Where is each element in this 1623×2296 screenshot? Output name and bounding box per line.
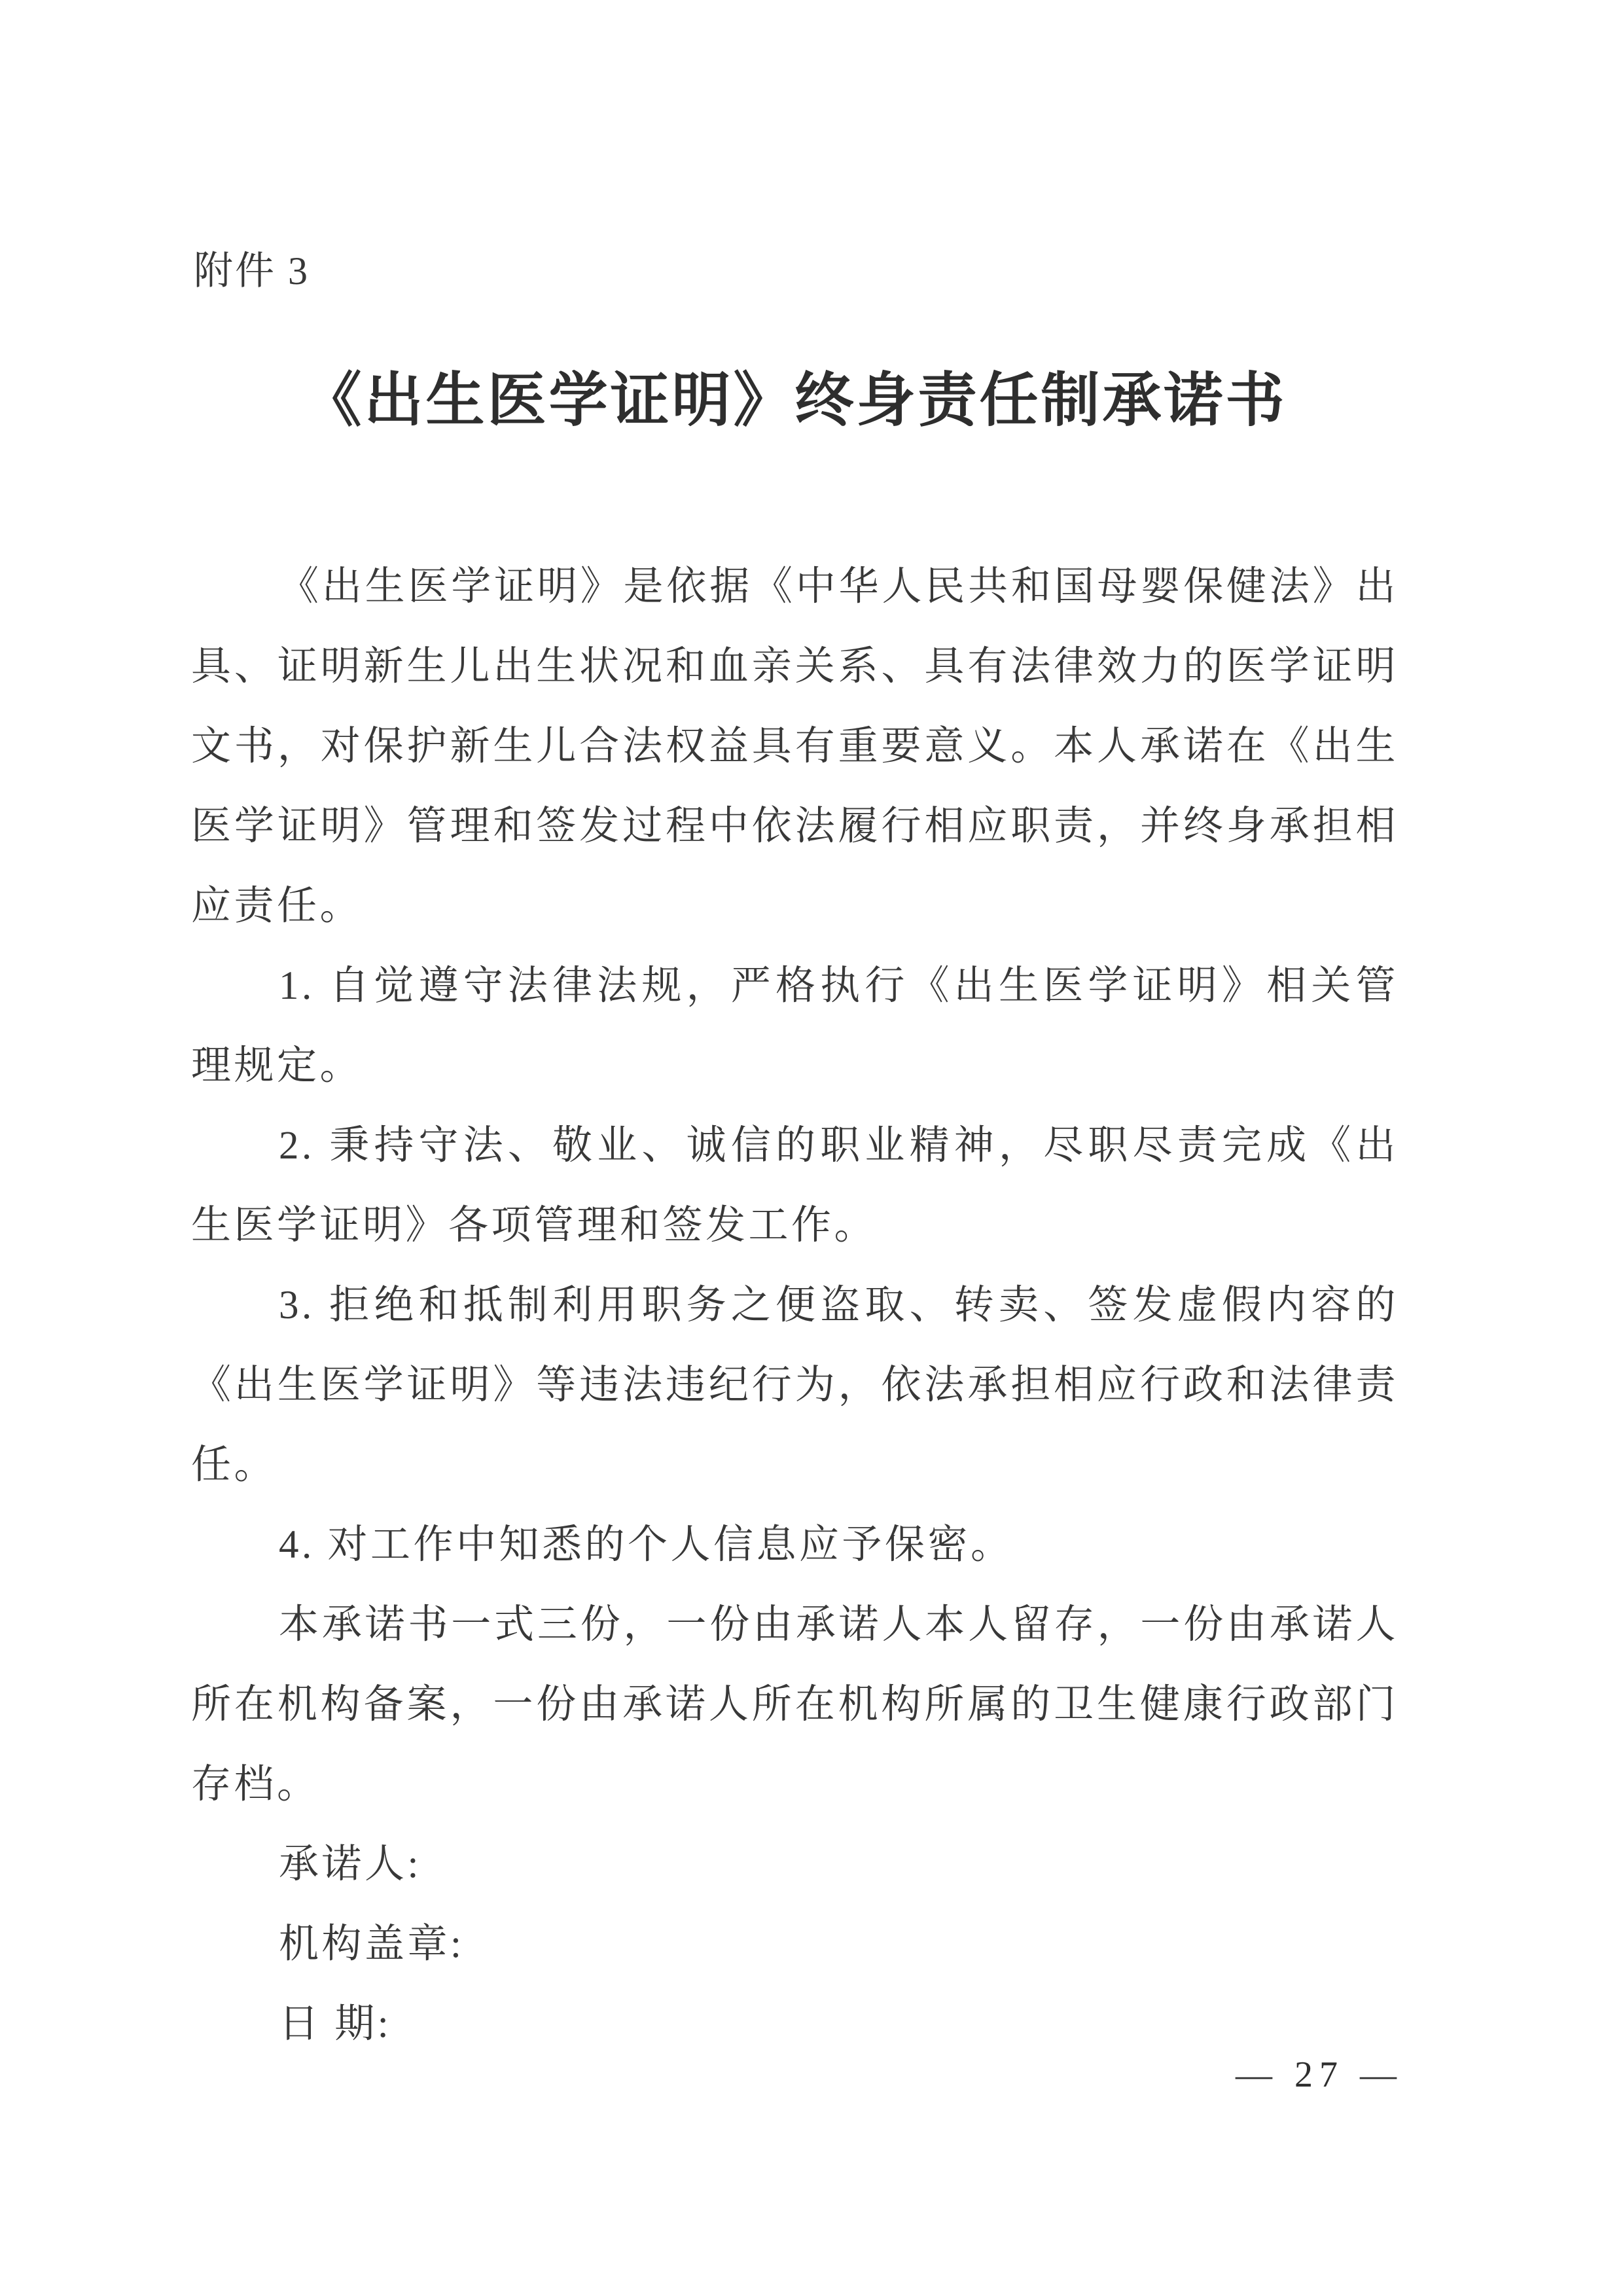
paragraph-item-1: 1. 自觉遵守法律法规，严格执行《出生医学证明》相关管理规定。 — [191, 946, 1399, 1106]
paragraph-item-3: 3. 拒绝和抵制利用职务之便盗取、转卖、签发虚假内容的《出生医学证明》等违法违纪… — [191, 1266, 1399, 1505]
document-page: 附件 3 《出生医学证明》终身责任制承诺书 《出生医学证明》是依据《中华人民共和… — [0, 0, 1623, 2296]
signature-line-date: 日 期: — [191, 1984, 1399, 2064]
signature-line-promisor: 承诺人: — [191, 1825, 1399, 1905]
document-body: 《出生医学证明》是依据《中华人民共和国母婴保健法》出具、证明新生儿出生状况和血亲… — [191, 547, 1399, 2064]
signature-line-institution-seal: 机构盖章: — [191, 1905, 1399, 1984]
document-title: 《出生医学证明》终身责任制承诺书 — [191, 352, 1399, 437]
page-number: — 27 — — [1236, 2054, 1403, 2096]
paragraph-distribution: 本承诺书一式三份，一份由承诺人本人留存，一份由承诺人所在机构备案，一份由承诺人所… — [191, 1585, 1399, 1825]
paragraph-intro: 《出生医学证明》是依据《中华人民共和国母婴保健法》出具、证明新生儿出生状况和血亲… — [191, 547, 1399, 946]
attachment-label: 附件 3 — [194, 240, 310, 296]
paragraph-item-2: 2. 秉持守法、敬业、诚信的职业精神，尽职尽责完成《出生医学证明》各项管理和签发… — [191, 1106, 1399, 1266]
paragraph-item-4: 4. 对工作中知悉的个人信息应予保密。 — [191, 1505, 1399, 1585]
